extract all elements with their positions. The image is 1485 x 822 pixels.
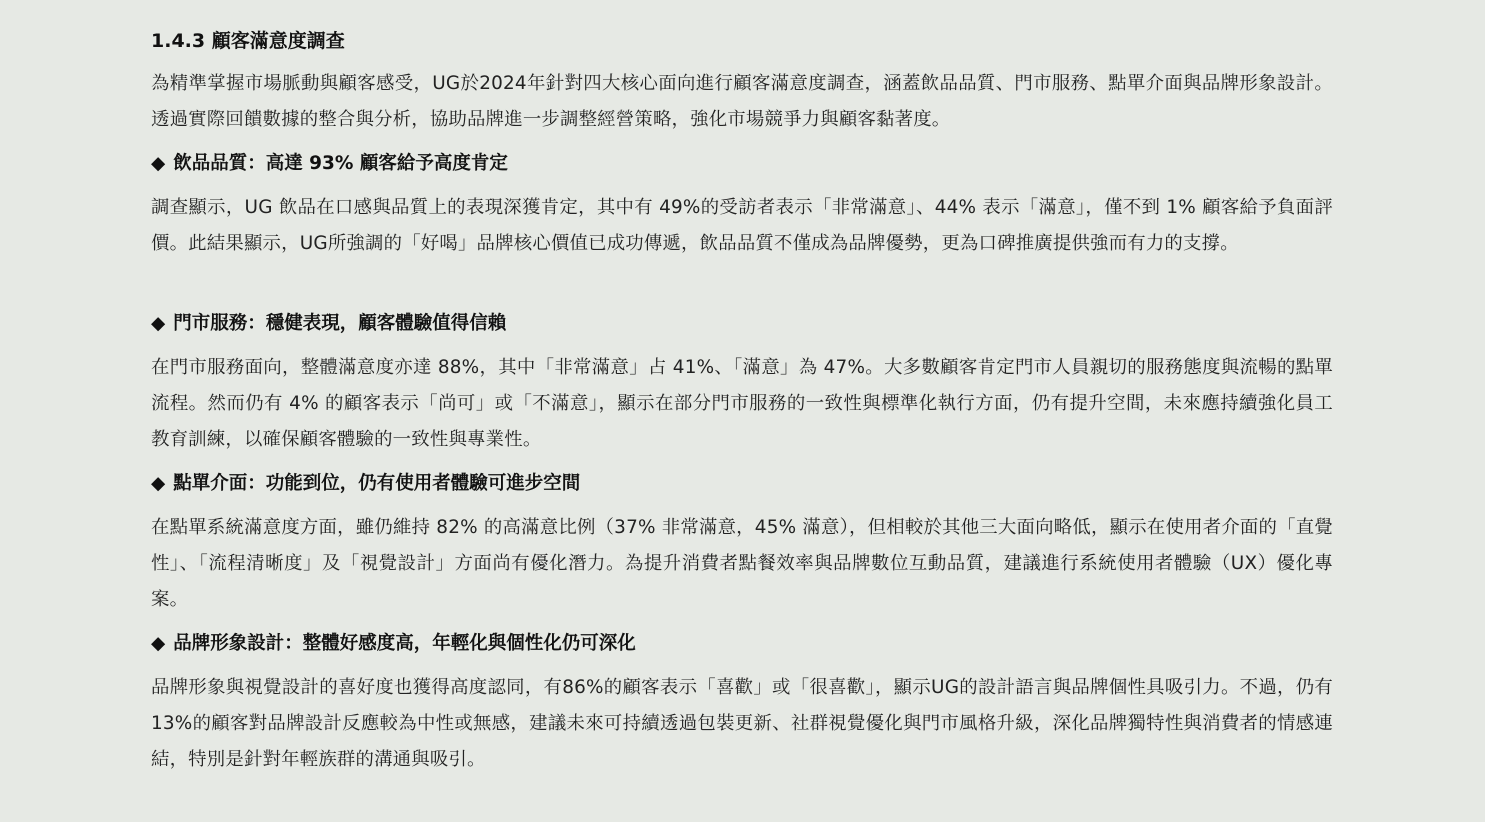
diamond-bullet-icon: ◆: [151, 311, 165, 337]
subsection-heading-text: 飲品品質：高達 93% 顧客給予高度肯定: [173, 153, 508, 174]
subsection-heading-text: 點單介面：功能到位，仍有使用者體驗可進步空間: [173, 473, 580, 494]
subsection-heading-beverage-quality: ◆飲品品質：高達 93% 顧客給予高度肯定: [151, 151, 508, 177]
subsection-body-store-service: 在門市服務面向，整體滿意度亦達 88%，其中「非常滿意」占 41%、「滿意」為 …: [151, 350, 1333, 458]
diamond-bullet-icon: ◆: [151, 151, 165, 177]
diamond-bullet-icon: ◆: [151, 471, 165, 497]
subsection-body-beverage-quality: 調查顯示，UG 飲品在口感與品質上的表現深獲肯定，其中有 49%的受訪者表示「非…: [151, 190, 1333, 262]
subsection-heading-brand-image: ◆品牌形象設計：整體好感度高，年輕化與個性化仍可深化: [151, 631, 636, 657]
subsection-heading-ordering-interface: ◆點單介面：功能到位，仍有使用者體驗可進步空間: [151, 471, 580, 497]
subsection-body-brand-image: 品牌形象與視覺設計的喜好度也獲得高度認同，有86%的顧客表示「喜歡」或「很喜歡」…: [151, 670, 1333, 778]
intro-paragraph: 為精準掌握市場脈動與顧客感受，UG於2024年針對四大核心面向進行顧客滿意度調查…: [151, 66, 1333, 138]
subsection-body-ordering-interface: 在點單系統滿意度方面，雖仍維持 82% 的高滿意比例（37% 非常滿意，45% …: [151, 510, 1333, 618]
diamond-bullet-icon: ◆: [151, 631, 165, 657]
section-title: 1.4.3 顧客滿意度調查: [151, 28, 345, 54]
subsection-heading-text: 門市服務：穩健表現，顧客體驗值得信賴: [173, 313, 506, 334]
subsection-heading-store-service: ◆門市服務：穩健表現，顧客體驗值得信賴: [151, 311, 506, 337]
subsection-heading-text: 品牌形象設計：整體好感度高，年輕化與個性化仍可深化: [173, 633, 636, 654]
